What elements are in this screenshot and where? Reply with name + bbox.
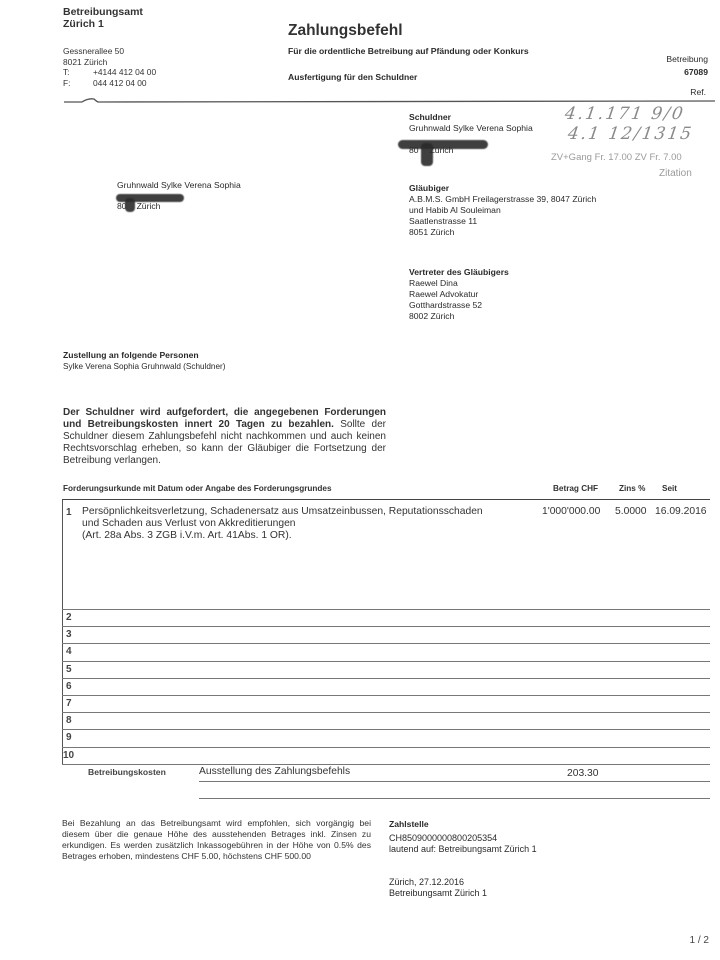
fee-stamp-zitation: Zitation: [659, 168, 692, 179]
row-number: 3: [66, 629, 72, 640]
zahlstelle-heading: Zahlstelle: [389, 819, 537, 830]
signature-office: Betreibungsamt Zürich 1: [389, 888, 487, 899]
costs-description: Ausstellung des Zahlungsbefehls: [199, 766, 350, 777]
fax-value: 044 412 04 00: [93, 78, 147, 89]
redaction-mark: [125, 198, 135, 212]
vertreter-line: Raewel Advokatur: [409, 289, 509, 300]
betreibung-info: Betreibung 67089: [666, 54, 708, 78]
handwritten-note-2: 4.1 12/1315: [567, 124, 695, 144]
row-divider: [62, 695, 710, 696]
zahlstelle-iban: CH8509000000800205354: [389, 833, 537, 844]
signature-place-date: Zürich, 27.12.2016: [389, 877, 487, 888]
row-divider: [62, 729, 710, 730]
payment-demand: Der Schuldner wird aufgefordert, die ang…: [63, 407, 386, 467]
office-fax: F:044 412 04 00: [63, 78, 156, 89]
vertreter-line: 8002 Zürich: [409, 311, 509, 322]
row-divider: [62, 747, 710, 748]
col-header-interest: Zins %: [619, 484, 645, 493]
row-number: 10: [63, 750, 74, 761]
claim-line: und Schaden aus Verlust von Akkreditieru…: [82, 518, 483, 530]
zustellung-heading: Zustellung an folgende Personen: [63, 350, 225, 361]
claim-line: (Art. 28a Abs. 3 ZGB i.V.m. Art. 41Abs. …: [82, 530, 483, 542]
zahlstelle-holder: lautend auf: Betreibungsamt Zürich 1: [389, 844, 537, 855]
phone-value: +4144 412 04 00: [93, 67, 156, 78]
glaeubiger-line: und Habib Al Souleiman: [409, 205, 596, 216]
recipient-name: Gruhnwald Sylke Verena Sophia: [117, 180, 241, 191]
page-number: 1 / 2: [690, 935, 709, 946]
row-number: 7: [66, 698, 72, 709]
fax-label: F:: [63, 78, 93, 89]
row-divider: [62, 626, 710, 627]
fee-stamp: ZV+Gang Fr. 17.00 ZV Fr. 7.00: [551, 152, 682, 163]
document-subtitle: Für die ordentliche Betreibung auf Pfänd…: [288, 46, 529, 57]
glaeubiger-line: 8051 Zürich: [409, 227, 596, 238]
vertreter-line: Raewel Dina: [409, 278, 509, 289]
claim-description: Persöpnlichkeitsverletzung, Schadenersat…: [82, 506, 483, 542]
costs-label: Betreibungskosten: [88, 767, 166, 777]
phone-label: T:: [63, 67, 93, 78]
claim-line: Persöpnlichkeitsverletzung, Schadenersat…: [82, 506, 483, 518]
glaeubiger-line: A.B.M.S. GmbH Freilagerstrasse 39, 8047 …: [409, 194, 596, 205]
row-number: 8: [66, 715, 72, 726]
claim-interest: 5.0000: [615, 506, 647, 517]
office-street: Gessnerallee 50: [63, 46, 156, 57]
row-divider: [62, 712, 710, 713]
costs-line: [199, 798, 710, 799]
row-divider: [62, 661, 710, 662]
row-number: 1: [66, 507, 72, 518]
betreibung-number: 67089: [666, 67, 708, 78]
glaeubiger-block: Gläubiger A.B.M.S. GmbH Freilagerstrasse…: [409, 183, 596, 238]
col-header-since: Seit: [662, 484, 677, 493]
zahlstelle-block: Zahlstelle CH8509000000800205354 lautend…: [389, 819, 537, 855]
copy-note: Ausfertigung für den Schuldner: [288, 72, 417, 83]
payment-note: Bei Bezahlung an das Betreibungsamt wird…: [62, 818, 371, 862]
zustellung-block: Zustellung an folgende Personen Sylke Ve…: [63, 350, 225, 372]
schuldner-heading: Schuldner: [409, 112, 533, 123]
handwritten-note-1: 4.1.171 9/0: [564, 104, 686, 124]
glaeubiger-line: Saatlenstrasse 11: [409, 216, 596, 227]
row-number: 6: [66, 681, 72, 692]
betreibung-label: Betreibung: [666, 54, 708, 65]
claim-since: 16.09.2016: [655, 506, 707, 517]
zustellung-person: Sylke Verena Sophia Gruhnwald (Schuldner…: [63, 361, 225, 372]
office-city: 8021 Zürich: [63, 57, 156, 68]
row-divider: [62, 764, 710, 765]
row-number: 4: [66, 646, 72, 657]
redaction-mark: [398, 140, 488, 149]
vertreter-heading: Vertreter des Gläubigers: [409, 267, 509, 278]
glaeubiger-heading: Gläubiger: [409, 183, 596, 194]
office-name: Betreibungsamt Zürich 1: [63, 6, 143, 30]
office-phone: T:+4144 412 04 00: [63, 67, 156, 78]
row-number: 2: [66, 612, 72, 623]
recipient-city-line: 80Zürich: [117, 201, 241, 212]
vertreter-block: Vertreter des Gläubigers Raewel Dina Rae…: [409, 267, 509, 322]
col-header-description: Forderungsurkunde mit Datum oder Angabe …: [63, 484, 332, 493]
row-number: 9: [66, 732, 72, 743]
row-divider: [62, 678, 710, 679]
row-divider: [62, 609, 710, 610]
col-header-amount: Betrag CHF: [553, 484, 598, 493]
signature-block: Zürich, 27.12.2016 Betreibungsamt Zürich…: [389, 877, 487, 899]
row-divider: [62, 643, 710, 644]
document-title: Zahlungsbefehl: [288, 22, 403, 40]
office-name-line2: Zürich 1: [63, 18, 143, 30]
schuldner-name: Gruhnwald Sylke Verena Sophia: [409, 123, 533, 134]
vertreter-line: Gotthardstrasse 52: [409, 300, 509, 311]
office-name-line1: Betreibungsamt: [63, 6, 143, 18]
claim-amount: 1'000'000.00: [542, 506, 600, 517]
office-address: Gessnerallee 50 8021 Zürich T:+4144 412 …: [63, 46, 156, 88]
costs-amount: 203.30: [567, 768, 599, 779]
recipient-city: Zürich: [137, 201, 161, 211]
row-number: 5: [66, 664, 72, 675]
redaction-mark: [421, 143, 433, 166]
costs-line: [199, 781, 710, 782]
